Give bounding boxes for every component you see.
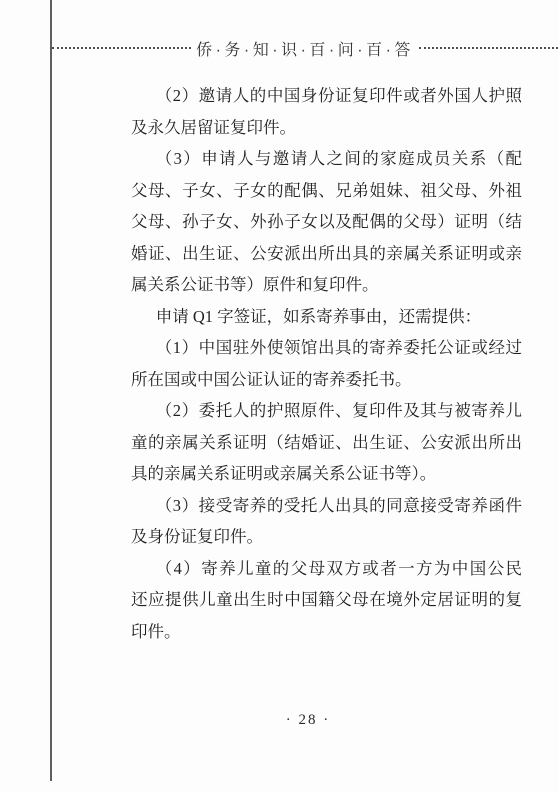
running-head: 侨·务·知·识·百·问·百·答 [52, 38, 558, 58]
book-page: 侨·务·知·识·百·问·百·答 （2）邀请人的中国身份证复印件或者外国人护照及永… [0, 0, 558, 793]
page-number: · 28 · [286, 712, 331, 729]
text-line: （3）申请人与邀请人之间的家庭成员关系（配偶、 [131, 143, 522, 175]
text-line: 及永久居留证复印件。 [131, 112, 522, 144]
dotted-rule-right [419, 47, 558, 49]
text-line: 印件。 [131, 616, 522, 648]
text-line: 属关系公证书等）原件和复印件。 [131, 269, 522, 301]
left-margin-rule [50, 0, 52, 781]
text-line: 具的亲属关系证明或亲属关系公证书等）。 [131, 458, 522, 490]
body-text: （2）邀请人的中国身份证复印件或者外国人护照及永久居留证复印件。（3）申请人与邀… [131, 80, 522, 647]
text-line: 婚证、出生证、公安派出所出具的亲属关系证明或亲 [131, 238, 522, 270]
text-line: 及身份证复印件。 [131, 521, 522, 553]
text-line: （2）邀请人的中国身份证复印件或者外国人护照 [131, 80, 522, 112]
text-line: （4）寄养儿童的父母双方或者一方为中国公民的， [131, 553, 522, 585]
text-line: 申请 Q1 字签证，如系寄养事由，还需提供： [131, 301, 522, 333]
text-line: 童的亲属关系证明（结婚证、出生证、公安派出所出 [131, 427, 522, 459]
text-line: （2）委托人的护照原件、复印件及其与被寄养儿 [131, 395, 522, 427]
text-line: 父母、子女、子女的配偶、兄弟姐妹、祖父母、外祖 [131, 175, 522, 207]
text-line: （1）中国驻外使领馆出具的寄养委托公证或经过 [131, 332, 522, 364]
text-line: （3）接受寄养的受托人出具的同意接受寄养函件 [131, 490, 522, 522]
dotted-rule-left [52, 47, 191, 49]
text-line: 父母、孙子女、外孙子女以及配偶的父母）证明（结 [131, 206, 522, 238]
text-line: 所在国或中国公证认证的寄养委托书。 [131, 364, 522, 396]
book-title: 侨·务·知·识·百·问·百·答 [196, 37, 414, 60]
text-line: 还应提供儿童出生时中国籍父母在境外定居证明的复 [131, 584, 522, 616]
